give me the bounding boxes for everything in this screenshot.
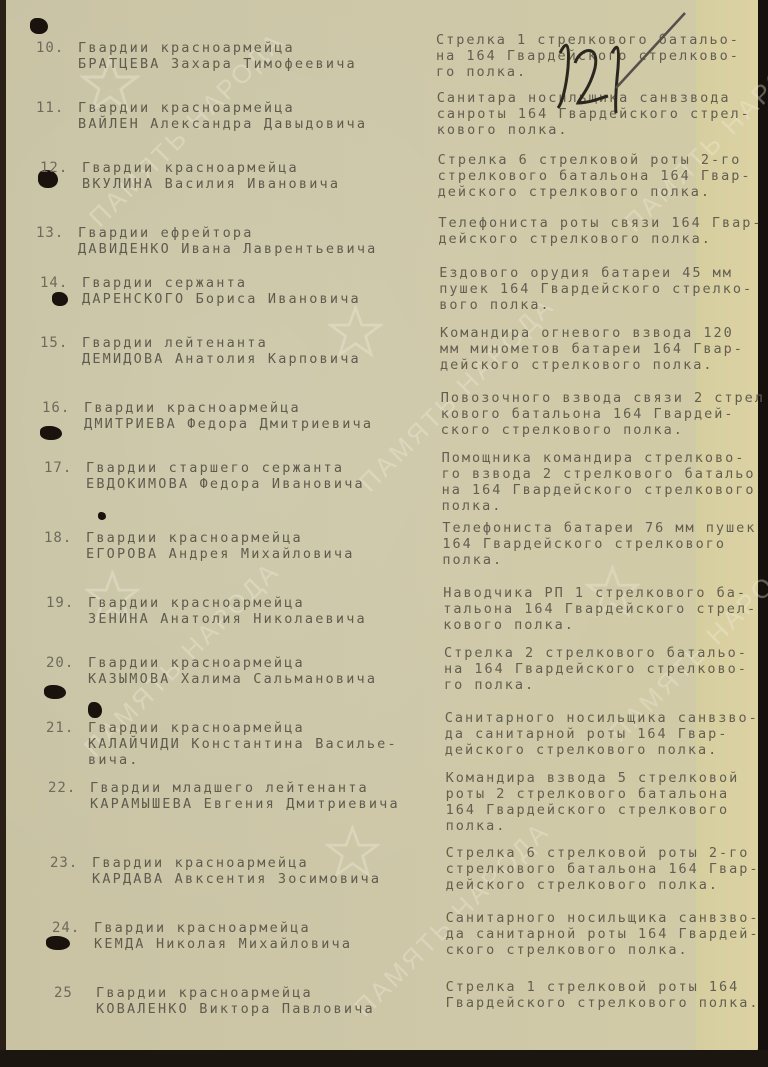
entry-number: 24. — [52, 920, 80, 936]
soldier-name: БРАТЦЕВА Захара Тимофеевича — [78, 56, 357, 72]
soldier-rank-and-name: Гвардии красноармейцаЕГОРОВА Андрея Миха… — [86, 530, 355, 562]
soldier-rank-and-name: Гвардии красноармейцаКАРДАВА Авксентия З… — [92, 855, 381, 887]
soldier-rank: Гвардии красноармейца — [94, 920, 352, 936]
scan-bottom-edge — [0, 1050, 768, 1067]
soldier-rank: Гвардии красноармейца — [84, 400, 373, 416]
soldier-position: Санитарного носильщика санвзво- да санит… — [445, 710, 768, 758]
soldier-rank-and-name: Гвардии красноармейцаЗЕНИНА Анатолия Ник… — [88, 595, 367, 627]
soldier-name: ЕГОРОВА Андрея Михайловича — [86, 546, 355, 562]
soldier-rank-and-name: Гвардии сержантаДАРЕНСКОГО Бориса Иванов… — [82, 275, 361, 307]
soldier-position: Стрелка 1 стрелковой роты 164 Гвардейско… — [446, 979, 768, 1011]
soldier-rank: Гвардии ефрейтора — [78, 225, 378, 241]
entry-number: 20. — [46, 655, 74, 671]
entry-number: 21. — [46, 720, 74, 736]
soldier-position: Командира огневого взвода 120 мм миномет… — [440, 325, 768, 373]
soldier-name: ЗЕНИНА Анатолия Николаевича — [88, 611, 367, 627]
entry-number: 23. — [50, 855, 78, 871]
soldier-rank: Гвардии красноармейца — [78, 40, 357, 56]
soldier-rank-and-name: Гвардии красноармейцаБРАТЦЕВА Захара Тим… — [78, 40, 357, 72]
paper-hole — [30, 18, 48, 34]
soldier-position: Телефониста батареи 76 мм пушек 164 Гвар… — [442, 520, 768, 568]
soldier-name: ВКУЛИНА Василия Ивановича — [82, 176, 340, 192]
soldier-name: КАЗЫМОВА Халима Сальмановича — [88, 671, 377, 687]
soldier-rank: Гвардии красноармейца — [88, 720, 398, 736]
soldier-rank-and-name: Гвардии младшего лейтенантаКАРАМЫШЕВА Ев… — [90, 780, 400, 812]
soldier-name: КАЛАЙЧИДИ Константина Василье- вича. — [88, 736, 398, 768]
soldier-name: ДАРЕНСКОГО Бориса Ивановича — [82, 291, 361, 307]
soldier-position: Телефониста роты связи 164 Гвар- дейског… — [438, 215, 768, 247]
soldier-rank: Гвардии красноармейца — [86, 530, 355, 546]
soldier-rank-and-name: Гвардии красноармейцаВКУЛИНА Василия Ива… — [82, 160, 340, 192]
soldier-name: ДАВИДЕНКО Ивана Лаврентьевича — [78, 241, 378, 257]
entry-number: 10. — [36, 40, 64, 56]
handwritten-number-mark — [520, 8, 690, 118]
entry-number: 25 — [54, 985, 73, 1001]
entry-number: 18. — [44, 530, 72, 546]
entry-number: 15. — [40, 335, 68, 351]
soldier-position: Повозочного взвода связи 2 стрел кового … — [441, 390, 768, 438]
soldier-rank-and-name: Гвардии красноармейцаКАЛАЙЧИДИ Константи… — [88, 720, 398, 768]
soldier-name: КАРАМЫШЕВА Евгения Дмитриевича — [90, 796, 400, 812]
entry-number: 22. — [48, 780, 76, 796]
soldier-rank-and-name: Гвардии красноармейцаКАЗЫМОВА Халима Сал… — [88, 655, 377, 687]
soldier-rank: Гвардии красноармейца — [88, 655, 377, 671]
soldier-name: КАРДАВА Авксентия Зосимовича — [92, 871, 381, 887]
soldier-position: Стрелка 6 стрелковой роты 2-го стрелково… — [438, 152, 768, 200]
soldier-rank: Гвардии красноармейца — [96, 985, 375, 1001]
soldier-name: КОВАЛЕНКО Виктора Павловича — [96, 1001, 375, 1017]
soldier-position: Командира взвода 5 стрелковой роты 2 стр… — [446, 770, 768, 834]
soldier-rank-and-name: Гвардии старшего сержантаЕВДОКИМОВА Федо… — [86, 460, 365, 492]
entry-number: 17. — [44, 460, 72, 476]
soldier-name: ЕВДОКИМОВА Федора Ивановича — [86, 476, 365, 492]
paper-hole — [52, 292, 68, 306]
soldier-name: КЕМДА Николая Михайловича — [94, 936, 352, 952]
soldier-rank-and-name: Гвардии красноармейцаКОВАЛЕНКО Виктора П… — [96, 985, 375, 1017]
soldier-rank: Гвардии красноармейца — [82, 160, 340, 176]
entry-number: 12. — [40, 160, 68, 176]
soldier-position: Стрелка 2 стрелкового батальо- на 164 Гв… — [444, 645, 768, 693]
soldier-rank-and-name: Гвардии красноармейцаДМИТРИЕВА Федора Дм… — [84, 400, 373, 432]
entry-number: 19. — [46, 595, 74, 611]
paper-hole — [44, 685, 66, 699]
soldier-rank-and-name: Гвардии красноармейцаВАЙЛЕН Александра Д… — [78, 100, 367, 132]
entry-number: 13. — [36, 225, 64, 241]
soldier-position: Стрелка 6 стрелковой роты 2-го стрелково… — [446, 845, 768, 893]
entry-number: 16. — [42, 400, 70, 416]
soldier-rank: Гвардии старшего сержанта — [86, 460, 365, 476]
entry-number: 11. — [36, 100, 64, 116]
soldier-rank: Гвардии сержанта — [82, 275, 361, 291]
soldier-position: Санитарного носильщика санвзво- да санит… — [446, 910, 768, 958]
soldier-rank: Гвардии младшего лейтенанта — [90, 780, 400, 796]
soldier-position: Помощника командира стрелково- го взвода… — [442, 450, 768, 514]
paper-hole — [98, 512, 106, 520]
soldier-position: Ездового орудия батареи 45 мм пушек 164 … — [439, 265, 768, 313]
soldier-position: Наводчика РП 1 стрелкового ба- тальона 1… — [443, 585, 768, 633]
soldier-rank: Гвардии красноармейца — [78, 100, 367, 116]
soldier-rank: Гвардии лейтенанта — [82, 335, 361, 351]
paper-hole — [46, 936, 70, 950]
soldier-rank: Гвардии красноармейца — [88, 595, 367, 611]
soldier-name: ДМИТРИЕВА Федора Дмитриевича — [84, 416, 373, 432]
soldier-rank-and-name: Гвардии ефрейтораДАВИДЕНКО Ивана Лаврент… — [78, 225, 378, 257]
entry-number: 14. — [40, 275, 68, 291]
soldier-rank-and-name: Гвардии лейтенантаДЕМИДОВА Анатолия Карп… — [82, 335, 361, 367]
soldier-name: ВАЙЛЕН Александра Давыдовича — [78, 116, 367, 132]
soldier-rank: Гвардии красноармейца — [92, 855, 381, 871]
paper-hole — [88, 702, 102, 718]
paper-hole — [40, 426, 62, 440]
soldier-rank-and-name: Гвардии красноармейцаКЕМДА Николая Михай… — [94, 920, 352, 952]
soldier-name: ДЕМИДОВА Анатолия Карповича — [82, 351, 361, 367]
